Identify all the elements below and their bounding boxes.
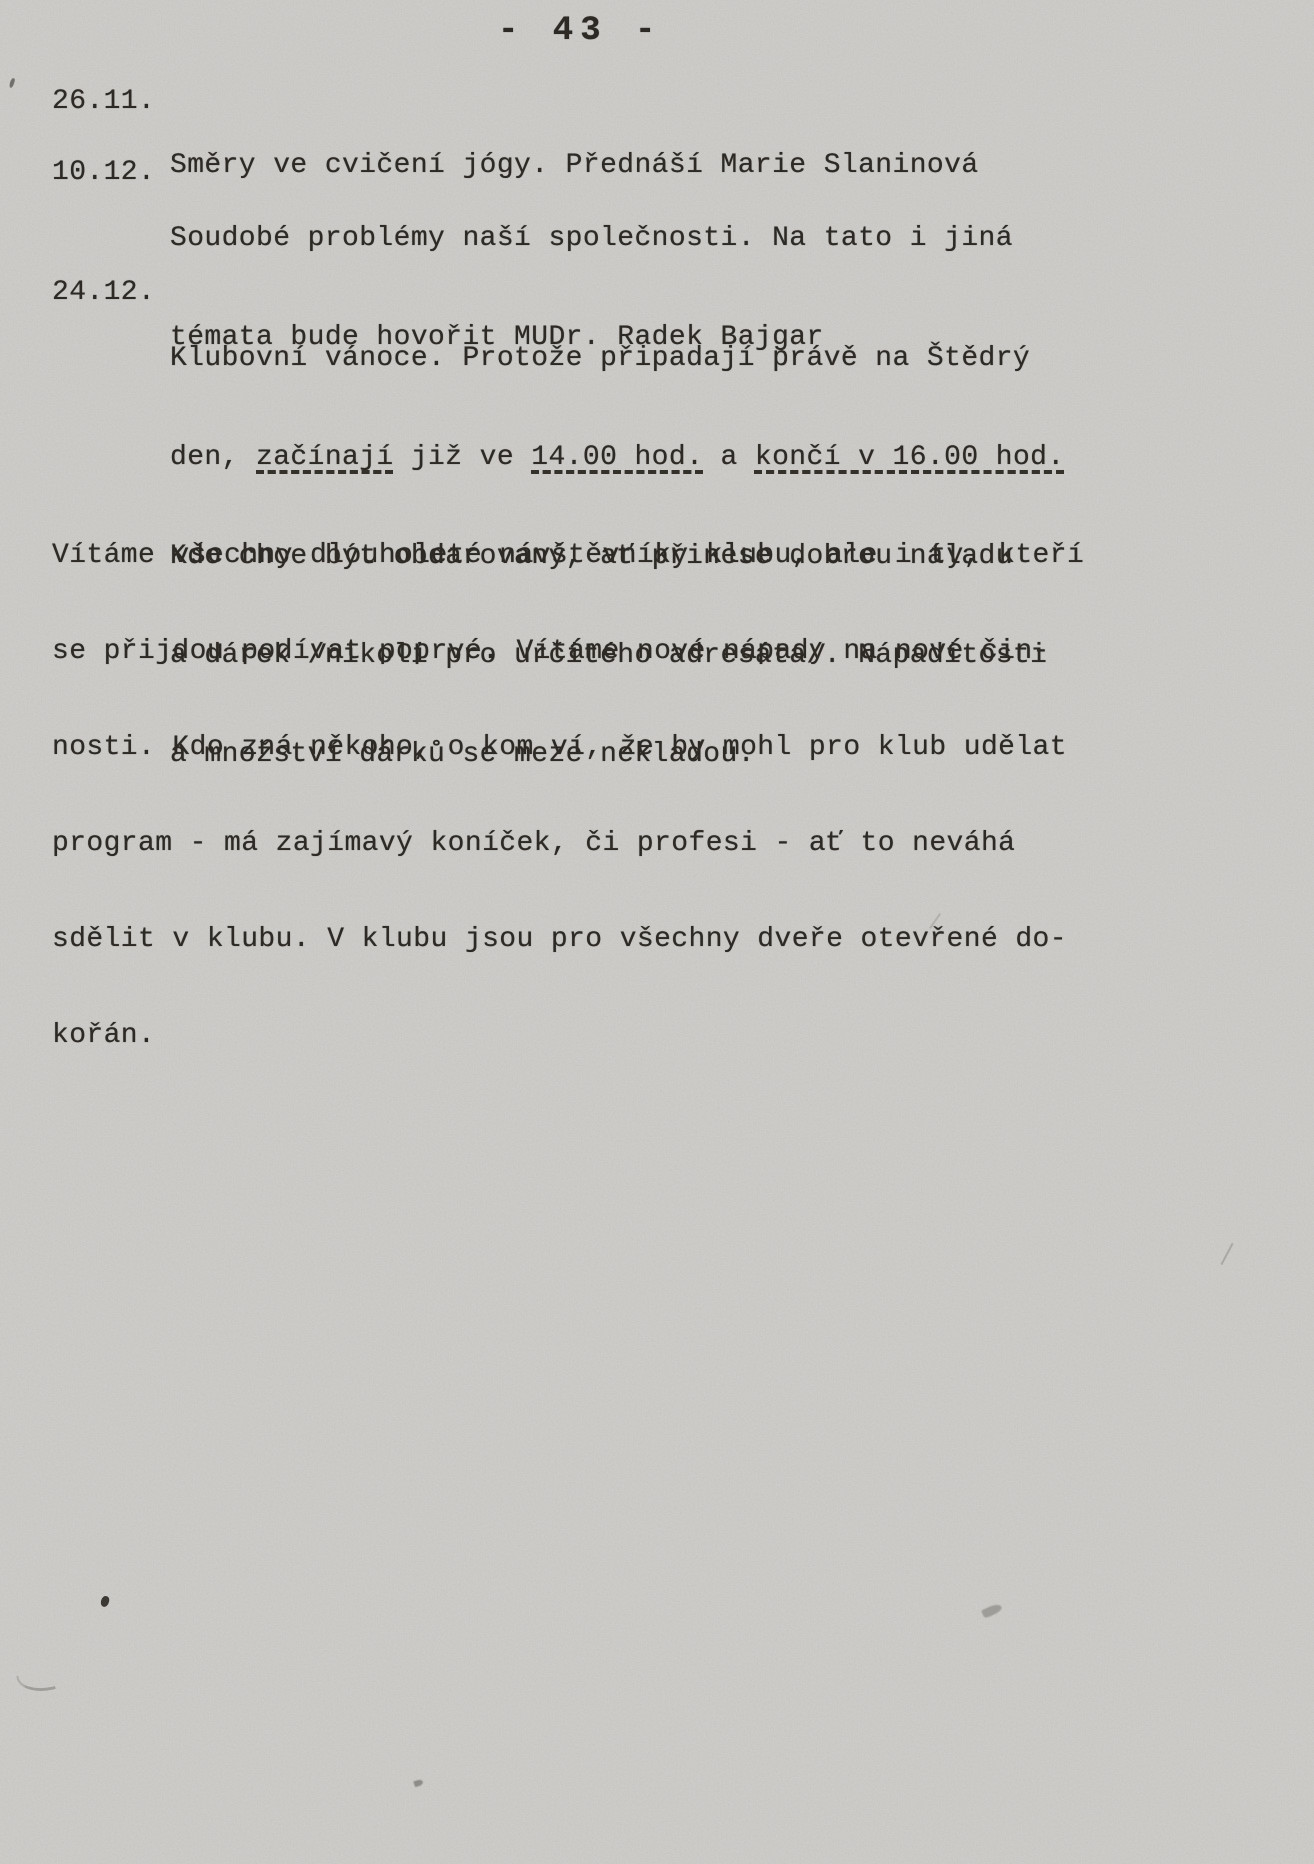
paragraph-line: Vítáme všechny dlouholeté návštěvníky kl…: [52, 540, 1084, 572]
text-segment: a: [703, 442, 755, 473]
ink-speck: [981, 1602, 1003, 1619]
underlined-text-segment: končí v 16.00 hod.: [755, 442, 1065, 473]
underlined-text-segment: 14.00 hod.: [531, 442, 703, 473]
text-segment: den,: [170, 442, 256, 473]
ink-speck: [1220, 1243, 1233, 1265]
text-segment: již ve: [394, 442, 532, 473]
entry-line-with-underlines: den, začínají již ve 14.00 hod. a končí …: [170, 441, 1065, 474]
page-number: - 43 -: [498, 12, 662, 50]
paragraph-line: nosti. Kdo zná někoho, o kom ví, že by m…: [52, 732, 1084, 764]
paragraph-line: sdělit v klubu. V klubu jsou pro všechny…: [52, 924, 1084, 956]
scanned-typewritten-page: - 43 - 26.11. Směry ve cvičení jógy. Pře…: [0, 0, 1314, 1864]
ink-speck: [100, 1595, 110, 1607]
ink-speck: [16, 1668, 56, 1696]
paragraph-line: program - má zajímavý koníček, či profes…: [52, 828, 1084, 860]
entry-date: 10.12.: [52, 156, 170, 189]
entry-line: Klubovní vánoce. Protože připadají právě…: [170, 342, 1065, 375]
closing-paragraph: Vítáme všechny dlouholeté návštěvníky kl…: [52, 476, 1084, 1116]
paragraph-line: se přijdou podívat poprvé. Vítáme nové n…: [52, 636, 1084, 668]
entry-date: 26.11.: [52, 86, 170, 118]
entry-date: 24.12.: [52, 276, 170, 309]
ink-speck: [413, 1779, 423, 1787]
underlined-text-segment: začínají: [256, 442, 394, 473]
ink-speck: [9, 78, 16, 89]
entry-line: Soudobé problémy naší společnosti. Na ta…: [170, 222, 1013, 255]
paragraph-line: kořán.: [52, 1020, 1084, 1052]
